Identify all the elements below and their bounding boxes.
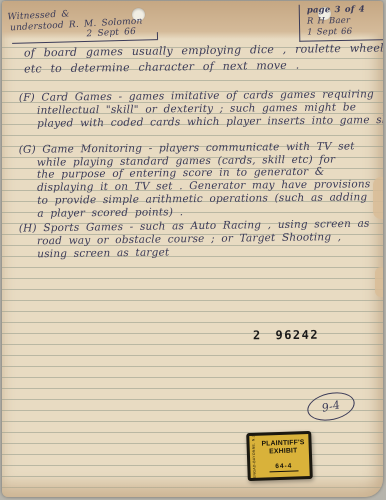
paper-edge-tear [375, 267, 383, 297]
section-g-game-monitoring: (G) Game Monitoring - players communicat… [19, 140, 382, 220]
section-h-sports-games: (H) Sports Games - such as Auto Racing ,… [19, 217, 382, 262]
serial-number-stamp: 2 96242 [253, 328, 319, 343]
paper-sheet: Witnessed &understood R. M. Solomon2 Sep… [2, 1, 383, 497]
paper-bottom-aged-strip [2, 475, 383, 497]
sticker-exhibit-number: 64-4 [269, 462, 298, 472]
scanned-notebook-page: { "header": { "witness": { "lines": ["Wi… [0, 0, 386, 500]
intro-paragraph: of board games usually employing dice , … [24, 41, 379, 77]
sticker-title: PLAINTIFF'S EXHIBIT [257, 439, 308, 456]
page-number-box: page 3 of 4R H Baer1 Sept 66 [299, 3, 383, 41]
plaintiffs-exhibit-sticker: PENGAD-BAYONNE, N.J. PLAINTIFF'S EXHIBIT… [246, 431, 313, 481]
section-f-card-games: (F) Card Games - games imitative of card… [19, 88, 381, 131]
